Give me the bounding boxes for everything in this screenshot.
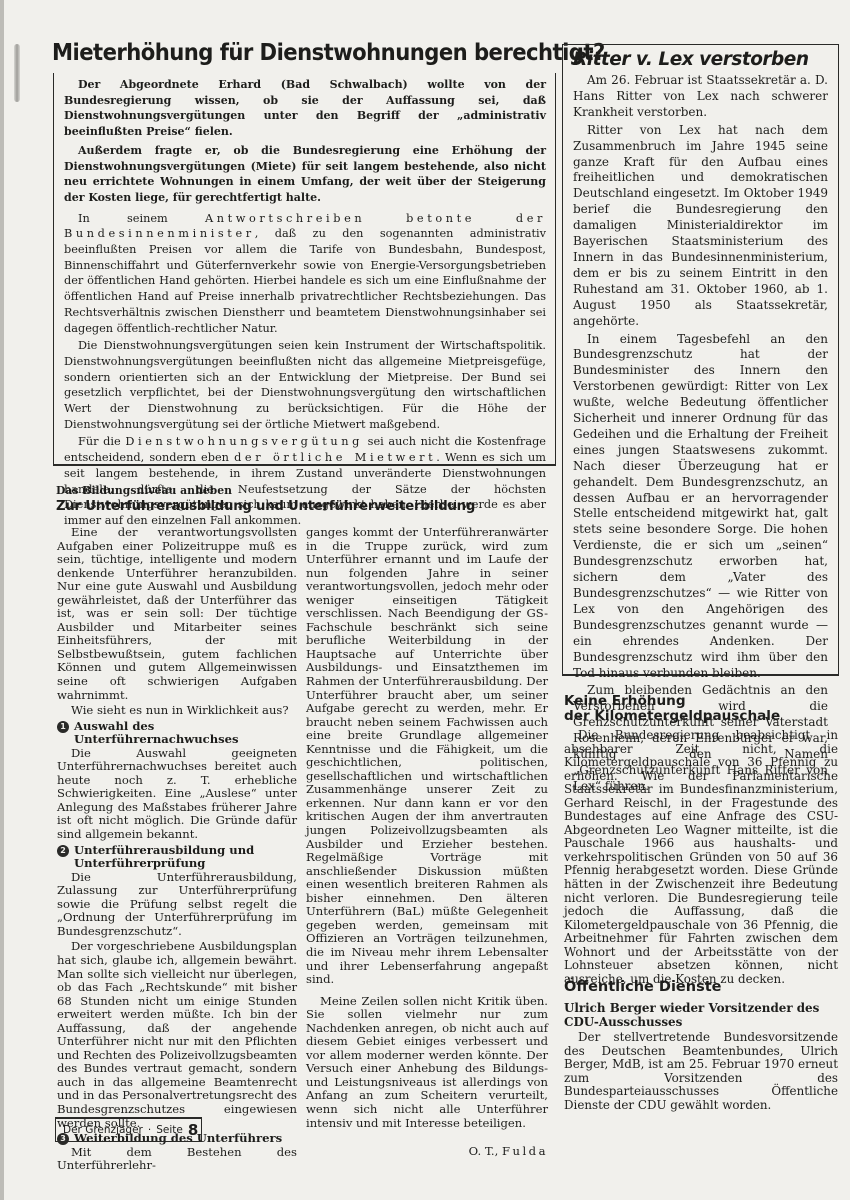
body-paragraph: In seinem Antwortschreiben betonte der B… xyxy=(64,211,546,337)
article-subtitle: Ulrich Berger wieder Vorsitzender des CD… xyxy=(564,1001,838,1029)
training-column-1: Eine der verantwortungsvollsten Aufgaben… xyxy=(57,526,297,1173)
lead-paragraph: Der Abgeordnete Erhard (Bad Schwalbach) … xyxy=(64,77,546,140)
headline-rent-increase: Mieterhöhung für Dienstwohnungen berecht… xyxy=(52,40,512,66)
training-column-2: ganges kommt der Unterführeranwärter in … xyxy=(306,526,548,1158)
article-title-training: Zur Unterführerausbildung und Unterführe… xyxy=(56,499,475,514)
page-number: 8 xyxy=(188,1121,198,1139)
page-footer: Der Grenzjäger · Seite 8 xyxy=(55,1117,202,1142)
body-paragraph: Die Unterführerausbildung, Zulassung zur… xyxy=(57,871,297,939)
page-label: Seite xyxy=(156,1124,183,1136)
number-badge-icon: 1 xyxy=(57,721,69,733)
article-kicker: Das Bildungsniveau anheben xyxy=(56,484,232,497)
body-paragraph: Die Auswahl geeigneten Unterführernachwu… xyxy=(57,747,297,842)
body-paragraph: Für die Dienstwohnungsvergütung sei auch… xyxy=(64,434,546,528)
body-paragraph: Die Bundesregierung beabsichtigt in abse… xyxy=(564,729,838,986)
body-paragraph: Wie sieht es nun in Wirklichkeit aus? xyxy=(57,704,297,718)
lead-paragraph: Außerdem fragte er, ob die Bundesregieru… xyxy=(64,143,546,206)
obituary-paragraph: Ritter von Lex hat nach dem Zusammenbruc… xyxy=(573,123,828,330)
body-paragraph: Der stellvertretende Bundesvorsitzende d… xyxy=(564,1031,838,1112)
obituary-paragraph: Am 26. Februar ist Staatssekretär a. D. … xyxy=(573,73,828,121)
section-title-public-service: Öffentliche Dienste xyxy=(564,980,838,995)
body-paragraph: Eine der verantwortungsvollsten Aufgaben… xyxy=(57,526,297,702)
body-paragraph: Die Dienstwohnungsvergütungen seien kein… xyxy=(64,338,546,432)
body-paragraph: ganges kommt der Unterführeranwärter in … xyxy=(306,526,548,987)
obituary-box: Ritter v. Lex verstorben Am 26. Februar … xyxy=(562,44,839,676)
main-article-box: Der Abgeordnete Erhard (Bad Schwalbach) … xyxy=(53,73,556,466)
publication-name: Der Grenzjäger xyxy=(63,1124,143,1136)
page-edge xyxy=(0,0,4,1200)
body-paragraph: Mit dem Bestehen des Unterführerlehr- xyxy=(57,1146,297,1173)
obituary-paragraph: In einem Tagesbefehl an den Bundesgrenzs… xyxy=(573,332,828,682)
public-service-article: Öffentliche Dienste Ulrich Berger wieder… xyxy=(564,980,838,1112)
section-heading-1: 1 Auswahl des Unterführernachwuchses xyxy=(57,720,297,747)
separator: · xyxy=(148,1124,151,1136)
body-paragraph: Meine Zeilen sollen nicht Kritik üben. S… xyxy=(306,995,548,1130)
body-paragraph: Der vorgeschriebene Ausbildungsplan hat … xyxy=(57,940,297,1130)
binding-mark xyxy=(14,44,20,102)
number-badge-icon: 2 xyxy=(57,845,69,857)
obituary-title: Ritter v. Lex verstorben xyxy=(573,49,828,70)
section-heading-2: 2 Unterführerausbildung und Unterführerp… xyxy=(57,844,297,871)
mileage-title: Keine Erhöhungder Kilometergeldpauschale xyxy=(564,694,838,724)
author-signature: O. T., Fulda xyxy=(306,1144,548,1158)
mileage-article: Keine Erhöhungder Kilometergeldpauschale… xyxy=(564,694,838,986)
